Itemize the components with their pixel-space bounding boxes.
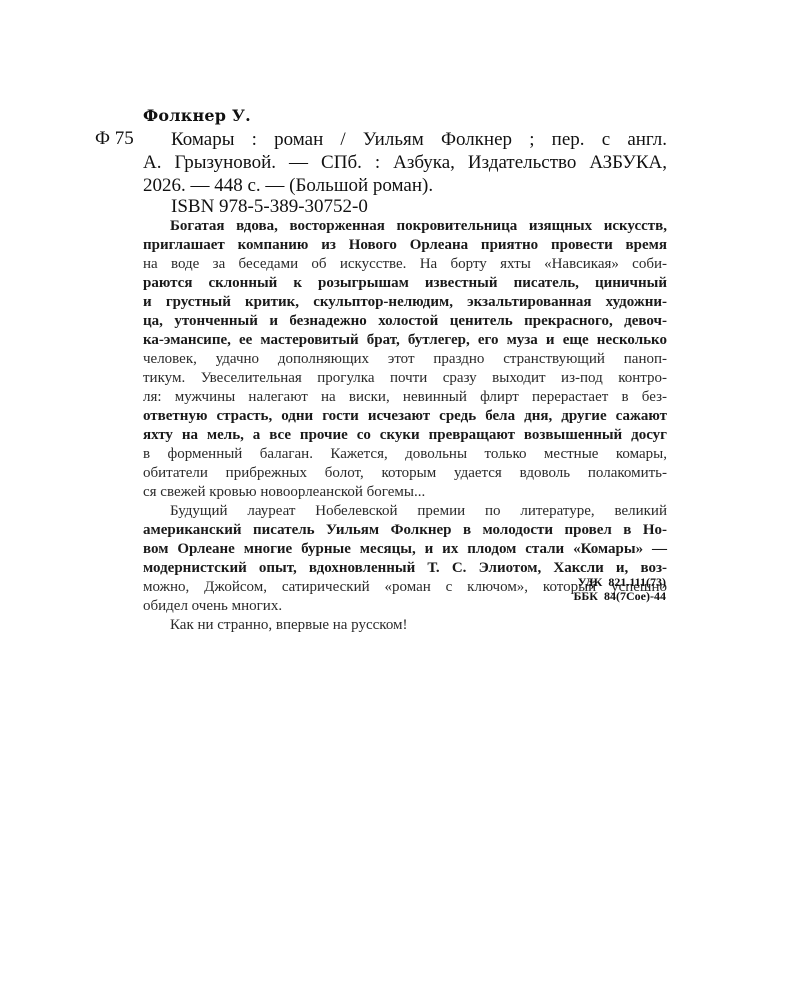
annotation-line: яхту на мель, а все прочие со скуки прев… <box>143 426 667 445</box>
annotation-line: ся свежей кровью новоорлеанской богемы..… <box>143 483 667 502</box>
author-heading: Фолкнер У. <box>143 106 251 125</box>
catalog-card-page: Фолкнер У. Ф 75 Комары : роман / Уильям … <box>0 0 800 1000</box>
udk-label: УДК <box>578 575 603 589</box>
annotation-line: в форменный балаган. Кажется, довольны т… <box>143 445 667 464</box>
annotation-line: вом Орлеане многие бурные месяцы, и их п… <box>143 540 667 559</box>
author-code: Ф 75 <box>95 128 134 150</box>
annotation-line: раются склонный к розыгрышам известный п… <box>143 274 667 293</box>
annotation-line: человек, удачно дополняющих этот праздно… <box>143 350 667 369</box>
bbk-row: ББК 84(7Сое)-44 <box>560 589 666 603</box>
bbk-label: ББК <box>573 589 598 603</box>
annotation-line: обитатели прибрежных болот, которым удае… <box>143 464 667 483</box>
classification-codes: УДК 821.111(73) ББК 84(7Сое)-44 <box>560 575 666 603</box>
annotation-line: на воде за беседами об искусстве. На бор… <box>143 255 667 274</box>
bbk-value: 84(7Сое)-44 <box>604 589 666 603</box>
annotation-closing-line: Как ни странно, впервые на русском! <box>143 616 667 635</box>
udk-row: УДК 821.111(73) <box>560 575 666 589</box>
bibliographic-description: Комары : роман / Уильям Фолкнер ; пер. с… <box>143 128 667 197</box>
annotation-line: ля: мужчины налегают на виски, невинный … <box>143 388 667 407</box>
annotation-line: Будущий лауреат Нобелевской премии по ли… <box>143 502 667 521</box>
isbn: ISBN 978-5-389-30752-0 <box>171 196 368 218</box>
title-line: 2026. — 448 с. — (Большой роман). <box>143 174 667 197</box>
annotation: Богатая вдова, восторженная покровительн… <box>143 217 667 635</box>
annotation-line: тикум. Увеселительная прогулка почти сра… <box>143 369 667 388</box>
annotation-line: ответную страсть, одни гости исчезают ср… <box>143 407 667 426</box>
title-line: Комары : роман / Уильям Фолкнер ; пер. с… <box>143 128 667 151</box>
annotation-line: приглашает компанию из Нового Орлеана пр… <box>143 236 667 255</box>
annotation-line: ка-эмансипе, ее мастеровитый брат, бутле… <box>143 331 667 350</box>
udk-value: 821.111(73) <box>608 575 666 589</box>
annotation-line: Богатая вдова, восторженная покровительн… <box>143 217 667 236</box>
annotation-line: и грустный критик, скульптор-нелюдим, эк… <box>143 293 667 312</box>
title-line: А. Грызуновой. — СПб. : Азбука, Издатель… <box>143 151 667 174</box>
annotation-line: американский писатель Уильям Фолкнер в м… <box>143 521 667 540</box>
annotation-line: ца, утонченный и безнадежно холостой цен… <box>143 312 667 331</box>
